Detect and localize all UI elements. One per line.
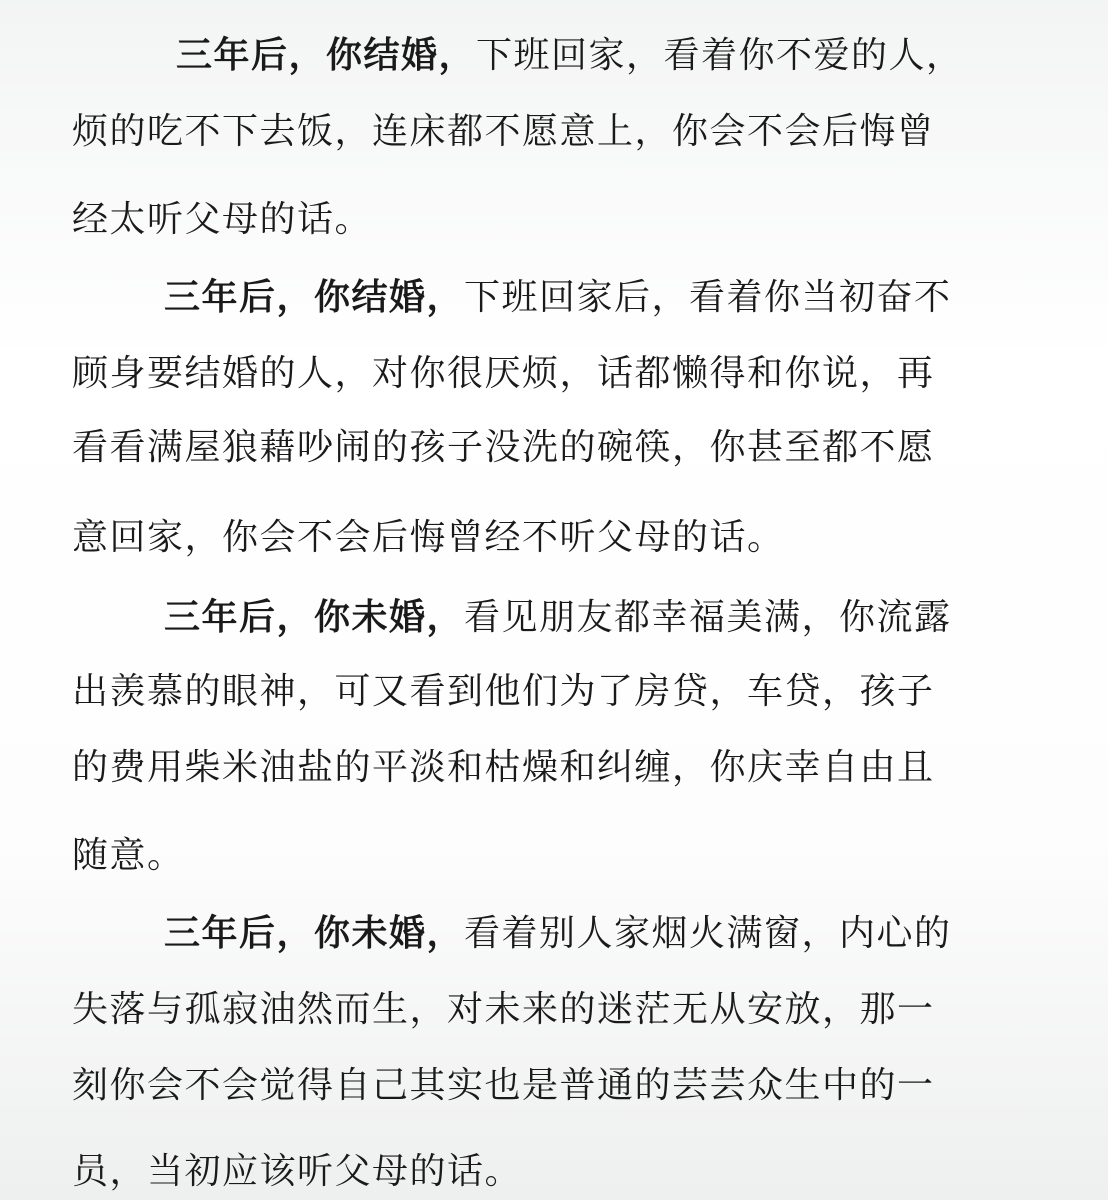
- document-page: 三年后，你结婚，下班回家，看着你不爱的人， 烦的吃不下去饭，连床都不愿意上，你会…: [0, 0, 1108, 1200]
- paragraph-4-lead: 三年后，你未婚，: [164, 913, 464, 954]
- paragraph-2-line-4: 意回家，你会不会后悔曾经不听父母的话。: [72, 516, 785, 560]
- paragraph-4-line-2: 失落与孤寂油然而生，对未来的迷茫无从安放，那一: [72, 988, 935, 1032]
- paragraph-3-line-3: 的费用柴米油盐的平淡和枯燥和纠缠，你庆幸自由且: [72, 746, 935, 790]
- paragraph-4-line-3: 刻你会不会觉得自己其实也是普通的芸芸众生中的一: [72, 1064, 935, 1108]
- paragraph-2-line-1: 三年后，你结婚，下班回家后，看着你当初奋不: [164, 276, 952, 320]
- paragraph-3-line-2: 出羡慕的眼神，可又看到他们为了房贷，车贷，孩子: [72, 670, 935, 714]
- paragraph-3-lead: 三年后，你未婚，: [164, 597, 464, 638]
- paragraph-4-line-4: 员，当初应该听父母的话。: [72, 1150, 522, 1194]
- paragraph-1-line-1: 三年后，你结婚，下班回家，看着你不爱的人，: [176, 34, 964, 78]
- paragraph-2-line-3: 看看满屋狼藉吵闹的孩子没洗的碗筷，你甚至都不愿: [72, 426, 935, 470]
- paragraph-4-line-1: 三年后，你未婚，看着别人家烟火满窗，内心的: [164, 912, 952, 956]
- paragraph-3-line-1: 三年后，你未婚，看见朋友都幸福美满，你流露: [164, 596, 952, 640]
- paragraph-1-lead: 三年后，你结婚，: [176, 35, 476, 76]
- paragraph-3-line-4: 随意。: [72, 834, 185, 878]
- paragraph-2-lead: 三年后，你结婚，: [164, 277, 464, 318]
- paragraph-1-line-2: 烦的吃不下去饭，连床都不愿意上，你会不会后悔曾: [72, 110, 935, 154]
- paragraph-2-line-2: 顾身要结婚的人，对你很厌烦，话都懒得和你说，再: [72, 352, 935, 396]
- paragraph-1-line-3: 经太听父母的话。: [72, 198, 372, 242]
